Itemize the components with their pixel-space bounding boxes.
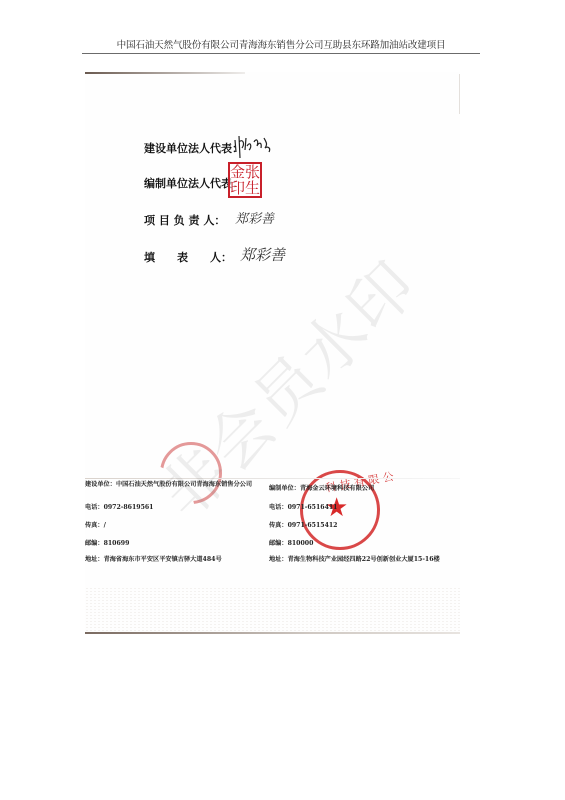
handwritten-signature: 郑彩善 — [240, 244, 285, 265]
header-title: 中国石油天然气股份有限公司青海海东销售分公司互助县东环路加油站改建项目 — [117, 40, 446, 51]
construction-unit-postcode: 邮编：810699 — [85, 540, 129, 548]
preparing-unit-address: 地址：青海生物科技产业园经四路22号创新创业大厦15-16楼 — [269, 556, 459, 564]
construction-unit-phone: 电话：0972-8619561 — [85, 504, 154, 512]
preparing-unit-name: 编制单位：青海金云环境科技有限公司 — [269, 485, 374, 493]
preparing-unit-phone: 电话：0971-6516411 — [269, 504, 338, 512]
personal-seal: 金 张 印 生 — [228, 162, 262, 198]
seal-char: 印 — [230, 180, 245, 196]
preparing-unit-postcode: 邮编：810000 — [269, 540, 313, 548]
signature-row-construction-rep: 建设单位法人代表： — [144, 140, 243, 156]
preparing-unit-fax: 传真：0971-6515412 — [269, 522, 338, 530]
signature-label: 项 目 负 责 人： — [144, 214, 225, 227]
seal-char: 金 — [230, 164, 245, 180]
construction-unit-name: 建设单位：中国石油天然气股份有限公司青海海东销售分公司 — [85, 481, 275, 489]
construction-unit-seal — [160, 442, 222, 504]
handwritten-signature: 郑彩善 — [235, 208, 274, 227]
signature-label: 填 表 人： — [144, 251, 232, 264]
seal-char: 生 — [245, 180, 260, 196]
scan-edge-bottom — [85, 632, 460, 634]
scanned-page: 建设单位法人代表： 编制单位法人代表： 金 张 印 生 项 目 负 责 人： 郑… — [85, 72, 460, 634]
seal-char: 张 — [245, 164, 260, 180]
construction-unit-address: 地址：青海省海东市平安区平安镇古驿大道484号 — [85, 556, 260, 564]
page-header: 中国石油天然气股份有限公司青海海东销售分公司互助县东环路加油站改建项目 — [82, 40, 480, 54]
scan-edge-right — [459, 74, 460, 114]
signature-scribble-icon — [232, 132, 280, 162]
construction-unit-fax: 传真：/ — [85, 522, 106, 530]
scan-noise — [85, 587, 460, 632]
footer-divider — [85, 478, 460, 479]
signature-label: 建设单位法人代表： — [144, 142, 243, 155]
signature-row-project-lead: 项 目 负 责 人： — [144, 212, 225, 228]
scan-edge-top — [85, 72, 245, 74]
signature-row-form-filler: 填 表 人： — [144, 249, 232, 265]
